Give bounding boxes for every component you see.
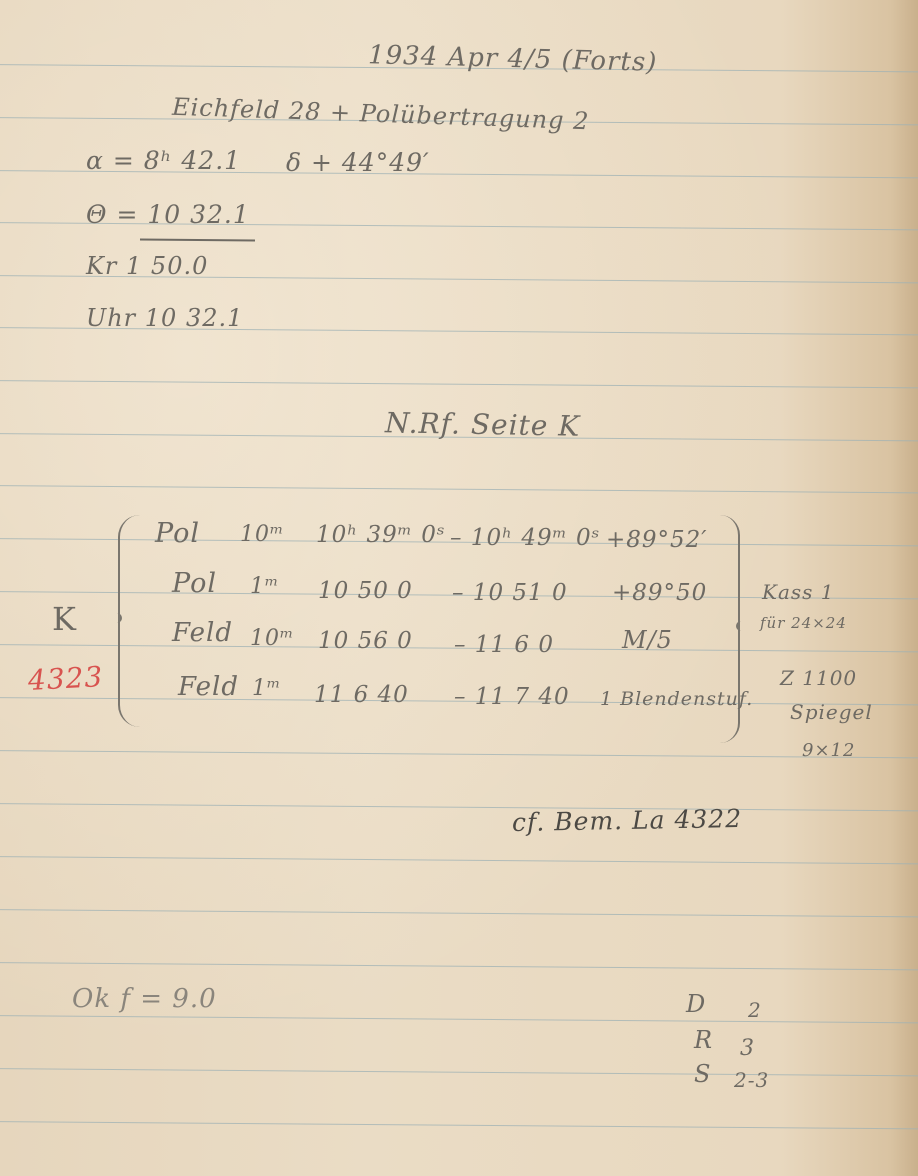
duration-cell: 10ᵐ	[240, 522, 285, 547]
condition-value: 2-3	[734, 1068, 769, 1092]
left-brace	[118, 515, 144, 727]
end-cell: – 11 7 40	[454, 684, 570, 710]
object-cell: Feld	[178, 672, 239, 702]
ruled-line	[0, 1121, 918, 1130]
ruled-line	[0, 485, 918, 494]
ruled-line	[0, 909, 918, 918]
uhr-value: Uhr 10 32.1	[86, 304, 243, 332]
ruled-line	[0, 803, 918, 812]
object-cell: Feld	[172, 618, 233, 648]
note-cell: +89°50	[612, 580, 707, 606]
section-title: N.Rf. Seite K	[385, 406, 581, 442]
delta-value: δ + 44°49′	[286, 148, 430, 177]
ruled-line	[0, 856, 918, 865]
start-cell: 10 50 0	[318, 578, 413, 604]
notebook-page: 1934 Apr 4/5 (Forts) Eichfeld 28 + Polüb…	[0, 0, 918, 1176]
side-note: Kass 1	[762, 580, 834, 604]
ruled-line	[0, 1068, 918, 1077]
condition-key: D	[686, 990, 706, 1018]
header-subtitle: Eichfeld 28 + Polübertragung 2	[172, 93, 590, 136]
ruled-line	[0, 962, 918, 971]
condition-key: S	[694, 1060, 711, 1088]
sum-underline	[140, 238, 255, 241]
header-date: 1934 Apr 4/5 (Forts)	[368, 40, 658, 78]
note-cell: +89°52′	[606, 527, 708, 553]
side-note: Z 1100	[780, 666, 857, 690]
start-cell: 10 56 0	[318, 628, 413, 654]
ruled-line	[0, 380, 918, 389]
plate-number: 4323	[27, 660, 104, 697]
object-cell: Pol	[155, 518, 200, 549]
note-cell: M/5	[622, 626, 673, 654]
condition-value: 2	[748, 998, 762, 1022]
note-cell: 1 Blendenstuf.	[600, 688, 753, 710]
object-cell: Pol	[172, 568, 217, 599]
duration-cell: 1ᵐ	[252, 676, 282, 701]
end-cell: – 11 6 0	[454, 632, 554, 658]
ok-note: Ok f = 9.0	[72, 984, 217, 1014]
duration-cell: 1ᵐ	[250, 574, 280, 599]
end-cell: – 10ʰ 49ᵐ 0ˢ	[450, 525, 600, 551]
side-note: 9×12	[802, 740, 855, 761]
plate-label: K	[52, 600, 77, 638]
ruled-line	[0, 1015, 918, 1024]
start-cell: 10ʰ 39ᵐ 0ˢ	[316, 522, 446, 548]
kr-value: Kr 1 50.0	[86, 252, 208, 280]
alpha-value: α = 8ʰ 42.1	[86, 146, 241, 175]
duration-cell: 10ᵐ	[250, 626, 295, 651]
start-cell: 11 6 40	[314, 682, 409, 708]
end-cell: – 10 51 0	[452, 580, 568, 606]
theta-value: Θ = 10 32.1	[86, 200, 250, 229]
side-note: Spiegel	[790, 700, 873, 724]
reference-note: cf. Bem. La 4322	[512, 804, 743, 837]
condition-key: R	[694, 1026, 713, 1054]
condition-value: 3	[740, 1036, 755, 1061]
side-note: für 24×24	[760, 614, 847, 632]
ruled-line	[0, 750, 918, 759]
